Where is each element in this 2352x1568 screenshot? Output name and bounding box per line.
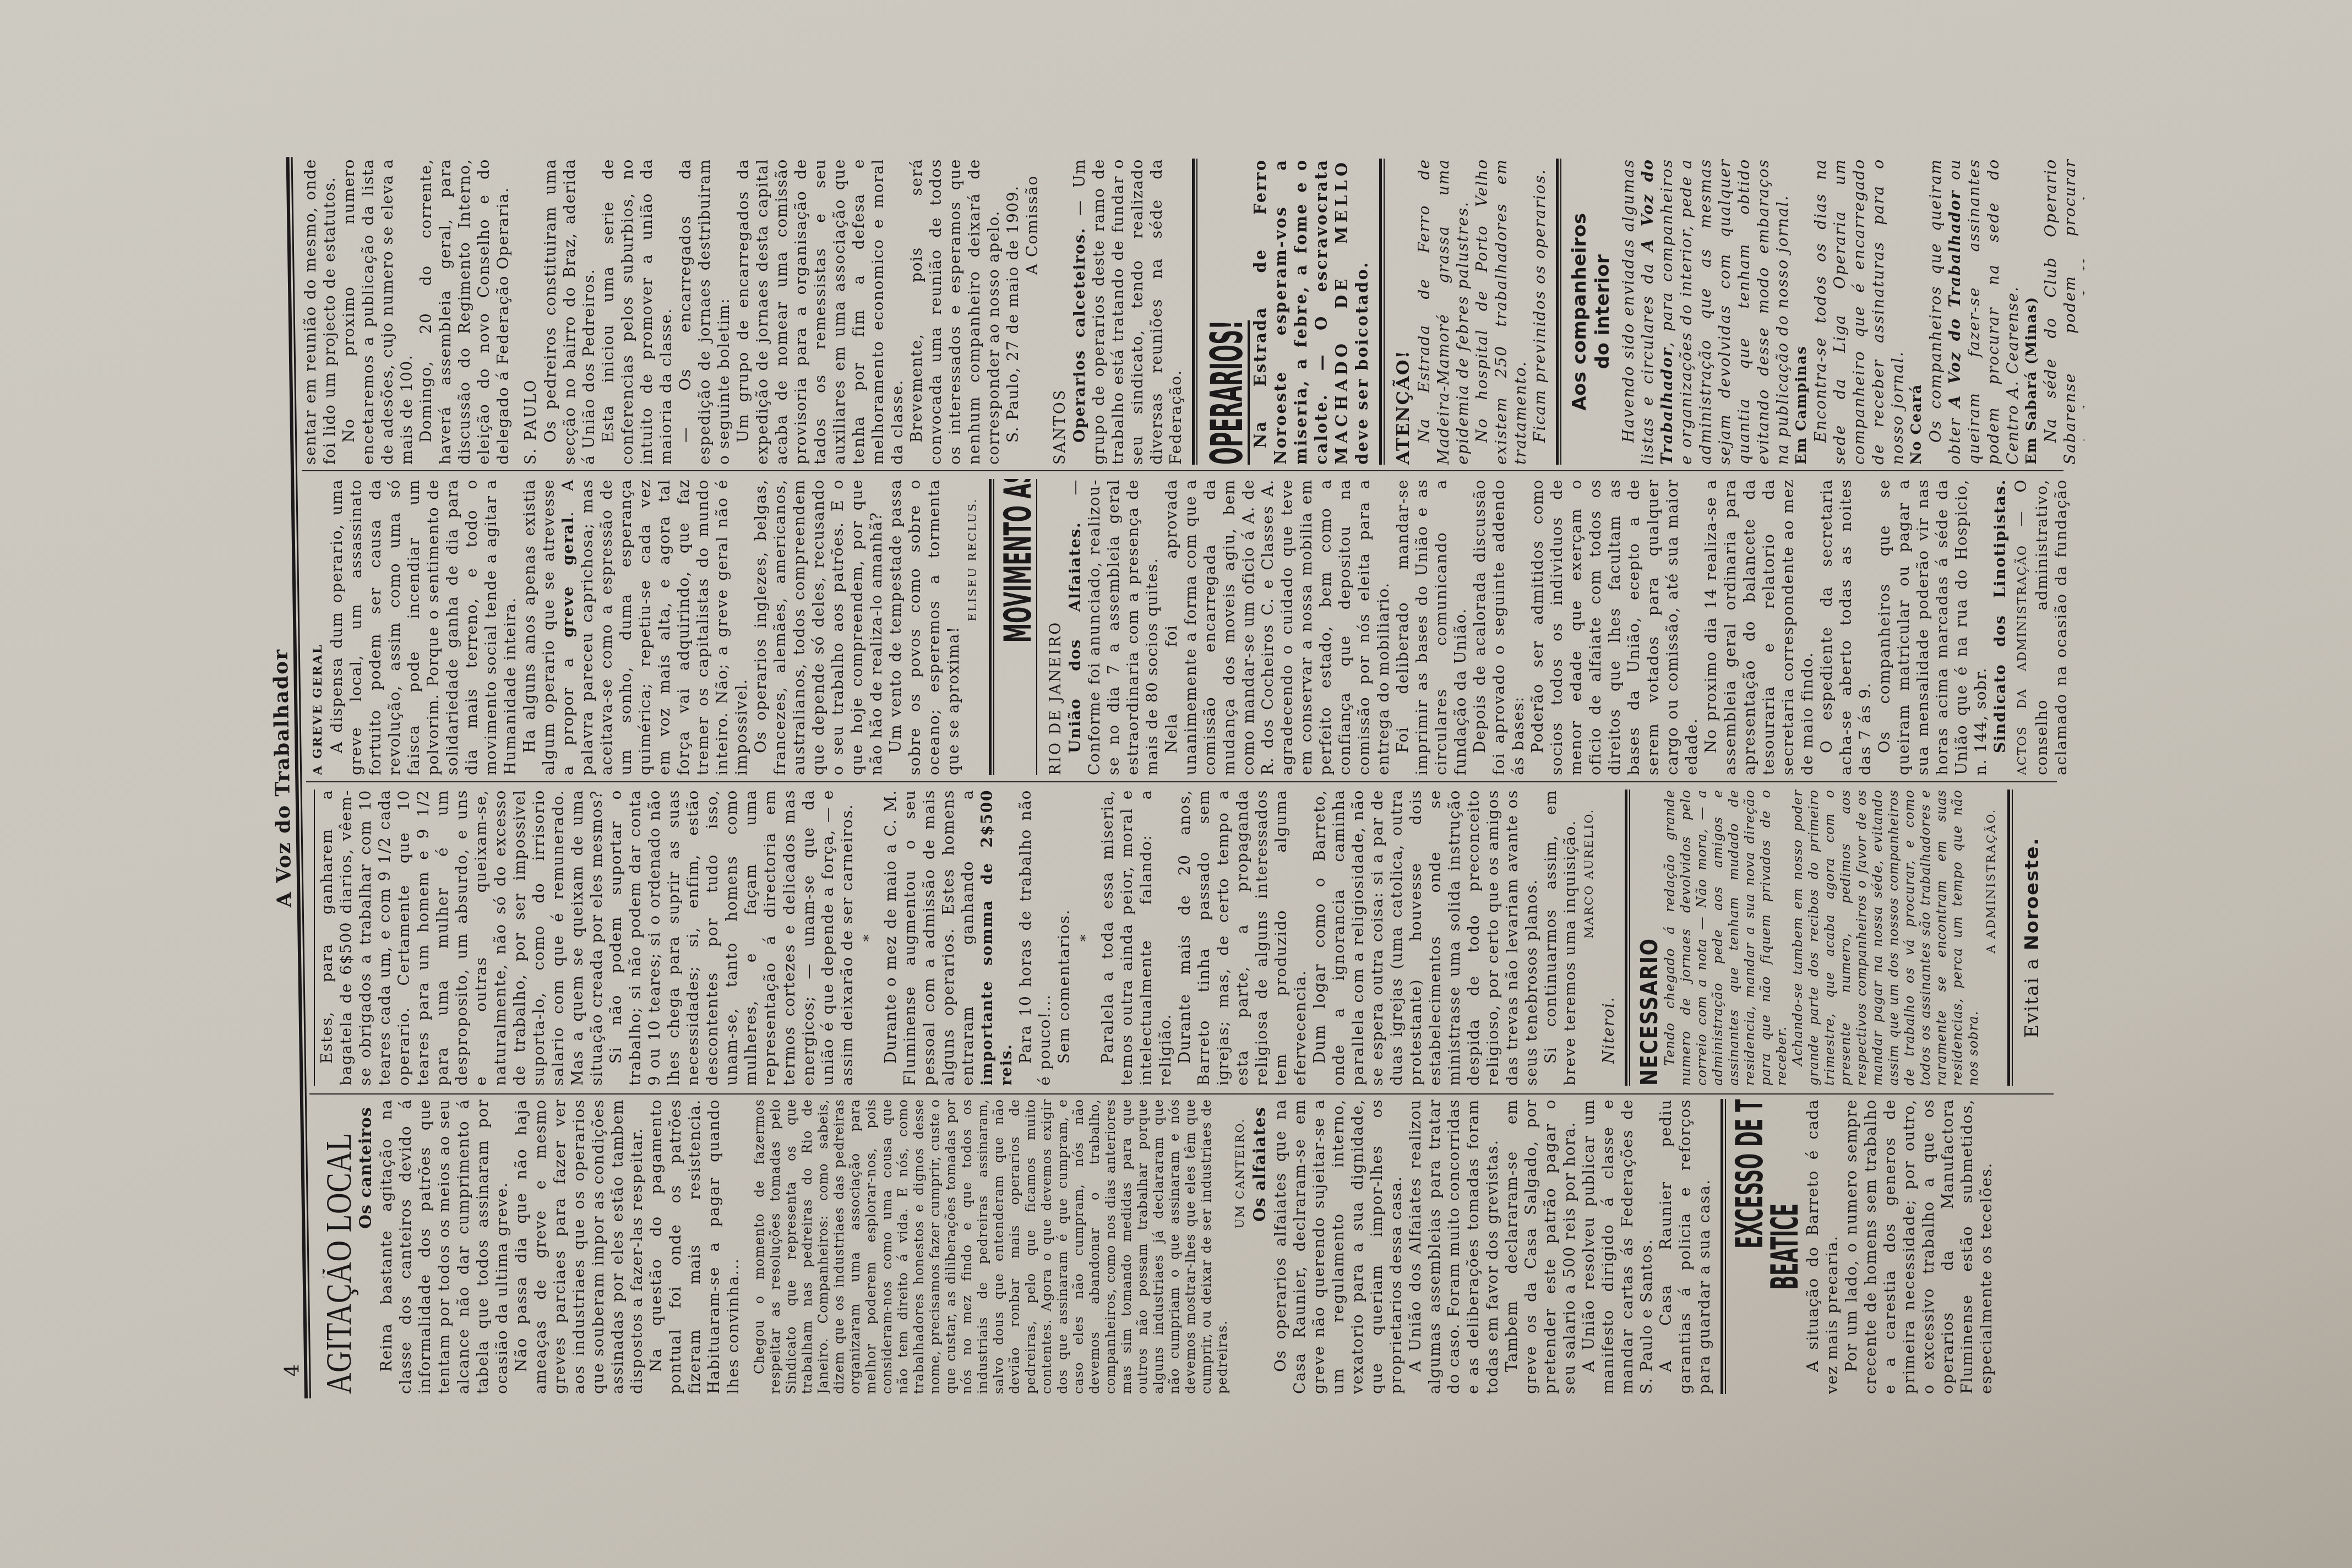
text-run: . A palavra pareceu caprichosa; mas acei… bbox=[559, 479, 750, 775]
column-rule bbox=[306, 781, 2057, 782]
paragraph: Um grupo de encarregados da expedição de… bbox=[733, 159, 907, 465]
text-run: União dos Alfaiates. bbox=[1066, 522, 1084, 753]
paragraph: Sindicato dos Linotipistas. ACTOS DA ADM… bbox=[1990, 479, 2073, 775]
heading-line: BEATICE bbox=[1768, 1099, 1803, 1394]
banner-heading: MOVIMENTO ASSOCIATIVO bbox=[1001, 479, 1036, 775]
text-run: deve ser boicotado. bbox=[1353, 261, 1371, 465]
sans-heading: NECESSARIO bbox=[1637, 790, 1662, 1086]
signature: A ADMINISTRAÇÃO. bbox=[1981, 790, 2001, 1086]
heading-text: EXCESSO DE TRABALHO E... bbox=[1733, 1099, 1768, 1249]
boycott-slogan: Evitai a Noroeste. bbox=[2019, 790, 2045, 1086]
paragraph: Reina bastante agitação na classe dos ca… bbox=[377, 1099, 511, 1394]
heading-text: BEATICE bbox=[1768, 1204, 1803, 1290]
paragraph: Brevemente, pois será convocada uma reun… bbox=[907, 159, 1003, 465]
paragraph: União dos Alfaiates. — Conforme foi anun… bbox=[1065, 479, 1162, 775]
paragraph: Nela foi aprovada unanimemente a forma c… bbox=[1162, 479, 1393, 775]
dateline-place: RIO DE JANEIRO bbox=[1046, 479, 1065, 775]
paragraph: Os pedreiros constituiram uma secção no … bbox=[541, 159, 598, 465]
thin-rule bbox=[314, 790, 315, 1086]
boycott-notice: Na Estrada de Ferro Noroeste esperam-vos… bbox=[1250, 159, 1373, 465]
double-rule bbox=[1625, 790, 1630, 1086]
text-run: Na Estrada de Ferro Noroeste esperam-vos… bbox=[1251, 159, 1331, 465]
double-rule bbox=[1379, 159, 1385, 465]
paragraph-italic: Na Estrada de Ferro de Madeira-Mamoré gr… bbox=[1414, 159, 1472, 465]
heading-line: EXCESSO DE TRABALHO E... bbox=[1733, 1099, 1768, 1394]
paragraph: Na questão do pagamento pontual foi onde… bbox=[646, 1099, 743, 1394]
paragraph: Não passa dia que não haja ameaças de gr… bbox=[511, 1099, 646, 1394]
double-rule bbox=[1556, 159, 1561, 465]
text-run: Evitai a bbox=[2021, 950, 2043, 1038]
section-heading: Os alfaiates bbox=[1250, 1099, 1271, 1394]
paragraph: — Os encarregados da espedição de jornae… bbox=[676, 159, 733, 465]
paragraph: Os operarios inglezes, belgas, francezes… bbox=[751, 479, 886, 775]
paragraph: Domingo, 20 do corrente, haverá assemble… bbox=[416, 159, 513, 465]
dateline-place: S. PAULO bbox=[521, 159, 541, 465]
text-run: importante somma de 2$500 reis. bbox=[978, 790, 1015, 1086]
article-title: AGITAÇÃO LOCAL bbox=[323, 1099, 356, 1394]
text-run: Operarios calceteiros. bbox=[1070, 227, 1088, 443]
paragraph: Operarios calceteiros. — Um grupo de ope… bbox=[1070, 159, 1185, 465]
heading-line: do interior bbox=[1591, 159, 1614, 465]
column-rule bbox=[302, 470, 2064, 471]
paragraph: A dispensa dum operario, uma greve local… bbox=[327, 479, 520, 775]
heading-line: Aos companheiros bbox=[1568, 159, 1591, 465]
paragraph: Para 10 horas de trabalho não é pouco!..… bbox=[1016, 790, 1054, 1086]
paragraph-italic: Na séde do Club Operario Sabarense podem… bbox=[2041, 159, 2084, 465]
double-rule bbox=[1721, 1099, 1726, 1394]
banner-heading: EXCESSO DE TRABALHO E...BEATICE bbox=[1733, 1099, 1803, 1394]
paragraph: Sem comentarios. bbox=[1054, 790, 1074, 1086]
column-2: Estes, para ganharem a bagatela de 6$500… bbox=[314, 790, 2073, 1086]
paragraph: Paralela a toda essa miseria, temos outr… bbox=[1098, 790, 1175, 1086]
notice-heading: ATENÇÃO! bbox=[1391, 159, 1414, 465]
heading-text: MOVIMENTO ASSOCIATIVO bbox=[1001, 479, 1036, 643]
text-run: Noroeste. bbox=[2021, 837, 2043, 950]
double-rule bbox=[989, 479, 994, 775]
paragraph: Estes, para ganharem a bagatela de 6$500… bbox=[317, 790, 606, 1086]
asterisk-divider: * bbox=[1077, 790, 1096, 1086]
heading-text: Aos companheiros bbox=[1568, 213, 1591, 410]
paragraph: Os operarios alfaiates que na Casa Rauni… bbox=[1271, 1099, 1406, 1394]
paragraph: Durante mais de 20 anos, Barreto tinha p… bbox=[1175, 790, 1310, 1086]
column-4: sentar em reunião do mesmo, onde foi lid… bbox=[301, 159, 2084, 465]
double-rule bbox=[1192, 159, 1197, 465]
signature: ELISEU RECLUS. bbox=[963, 479, 982, 775]
paragraph: Depois de acalorada discussão foi aprova… bbox=[1470, 479, 1528, 775]
paragraph-italic: No hospital de Porto Velho existem 250 t… bbox=[1472, 159, 1530, 465]
column-1: AGITAÇÃO LOCALOs canteirosReina bastante… bbox=[323, 1099, 2073, 1394]
text-run: greve geral bbox=[559, 516, 577, 638]
paragraph-italic: Encontra-se todos os dias na sede da Lig… bbox=[1811, 159, 1907, 465]
column-3: A GREVE GERALA dispensa dum operario, um… bbox=[308, 479, 2073, 775]
paragraph: Durante o mez de maio a C. M. Fluminense… bbox=[881, 790, 1016, 1086]
signature-place: Niteroi. bbox=[1599, 790, 1618, 1086]
column-rule bbox=[309, 1093, 2054, 1095]
paragraph: Ha alguns anos apenas existia algum oper… bbox=[520, 479, 751, 775]
asterisk-divider: * bbox=[860, 790, 879, 1086]
heading-text: NECESSARIO bbox=[1637, 938, 1662, 1086]
article-kicker: A GREVE GERAL bbox=[308, 479, 327, 775]
signature: UM CANTEIRO. bbox=[1231, 1099, 1250, 1394]
paragraph: Foi deliberado mandar-se imprimir as bas… bbox=[1393, 479, 1470, 775]
paragraph: Por um lado, o numero sempre crecente de… bbox=[1842, 1099, 1996, 1394]
paragraph: Poderão ser admitidos como socios todos … bbox=[1528, 479, 1701, 775]
signature: MARCO AURELIO. bbox=[1580, 790, 1599, 1086]
banner-heading: OPERARIOS! bbox=[1204, 159, 1250, 465]
paragraph: Um vento de tempestade passa sobre os po… bbox=[886, 479, 963, 775]
subsection-heading: No Ceará bbox=[1907, 159, 1926, 465]
paragraph: S. Paulo, 27 de maio de 1909. bbox=[1003, 159, 1022, 465]
text-run: ACTOS DA ADMINISTRAÇÃO bbox=[2016, 545, 2029, 775]
paragraph-italic-small: Tendo chegado á redação grande numero de… bbox=[1662, 790, 1790, 1086]
newspaper-page: 4 A Voz do Trabalhador AGITAÇÃO LOCALOs … bbox=[275, 157, 2087, 1398]
text-run: Na séde do Club Operario Sabarense podem… bbox=[2041, 159, 2084, 465]
paragraph: A União dos Alfaiates realizou algumas a… bbox=[1406, 1099, 1502, 1394]
heading-text: do interior bbox=[1591, 254, 1614, 369]
text-run: A Voz do Trabalhador bbox=[1946, 190, 1964, 407]
paragraph-italic: Havendo sido enviadas algumas listas e c… bbox=[1619, 159, 1792, 465]
paragraph-small: Chegou o momento de fazermos respeitar a… bbox=[752, 1099, 1231, 1394]
heading-line: MOVIMENTO ASSOCIATIVO bbox=[1001, 479, 1036, 775]
paragraph: No proximo numero encetaremos a publicaç… bbox=[339, 159, 416, 465]
paragraph: Si não podem suportar o trabalho; si não… bbox=[606, 790, 857, 1086]
double-rule bbox=[2007, 790, 2013, 1086]
paragraph: Os companheiros que se queiram matricula… bbox=[1875, 479, 1990, 775]
paragraph: A Casa Raunier pediu garantias á policia… bbox=[1656, 1099, 1714, 1394]
signature: A Comissão bbox=[1022, 159, 1042, 465]
text-run: Durante o mez de maio a C. M. Fluminense… bbox=[881, 790, 977, 1086]
paragraph: Tambem declararam-se em greve os da Casa… bbox=[1502, 1099, 1579, 1394]
text-run: Sindicato dos Linotipistas. bbox=[1991, 479, 2009, 753]
paragraph-italic: Os companheiros que queiram obter A Voz … bbox=[1926, 159, 2022, 465]
paragraph: A situação do Barreto é cada vez mais pr… bbox=[1803, 1099, 1842, 1394]
subsection-heading: Em Campinas bbox=[1792, 159, 1811, 465]
heading-text: AGITAÇÃO LOCAL bbox=[323, 1133, 356, 1394]
paragraph-continued: sentar em reunião do mesmo, onde foi lid… bbox=[301, 159, 339, 465]
paragraph: No proximo dia 14 realiza-se a assemblei… bbox=[1701, 479, 1817, 775]
paragraph: A União resolveu publicar um manifesto d… bbox=[1579, 1099, 1656, 1394]
dateline-place: SANTOS bbox=[1050, 159, 1070, 465]
text-run: , para companheiros e organizações do in… bbox=[1658, 159, 1792, 465]
paragraph: O espediente da secretaria acha-se abert… bbox=[1817, 479, 1875, 775]
paragraph-italic-small: Achando-se tambem em nosso poder grande … bbox=[1790, 790, 1981, 1086]
text-run: MACHADO DE MELLO bbox=[1332, 159, 1351, 465]
paragraph: Esta iniciou uma serie de conferencias p… bbox=[598, 159, 676, 465]
subsection-heading: Em Sabará (Minas) bbox=[2022, 159, 2041, 465]
paragraph: Dum logar como o Barreto, onde a ignoran… bbox=[1310, 790, 1541, 1086]
sans-heading: Aos companheirosdo interior bbox=[1568, 159, 1614, 465]
heading-text: OPERARIOS! bbox=[1207, 320, 1250, 465]
paragraph-italic: Ficam previnidos os operarios. bbox=[1530, 159, 1549, 465]
paragraph: Si continuarmos assim, em breve teremos … bbox=[1541, 790, 1580, 1086]
